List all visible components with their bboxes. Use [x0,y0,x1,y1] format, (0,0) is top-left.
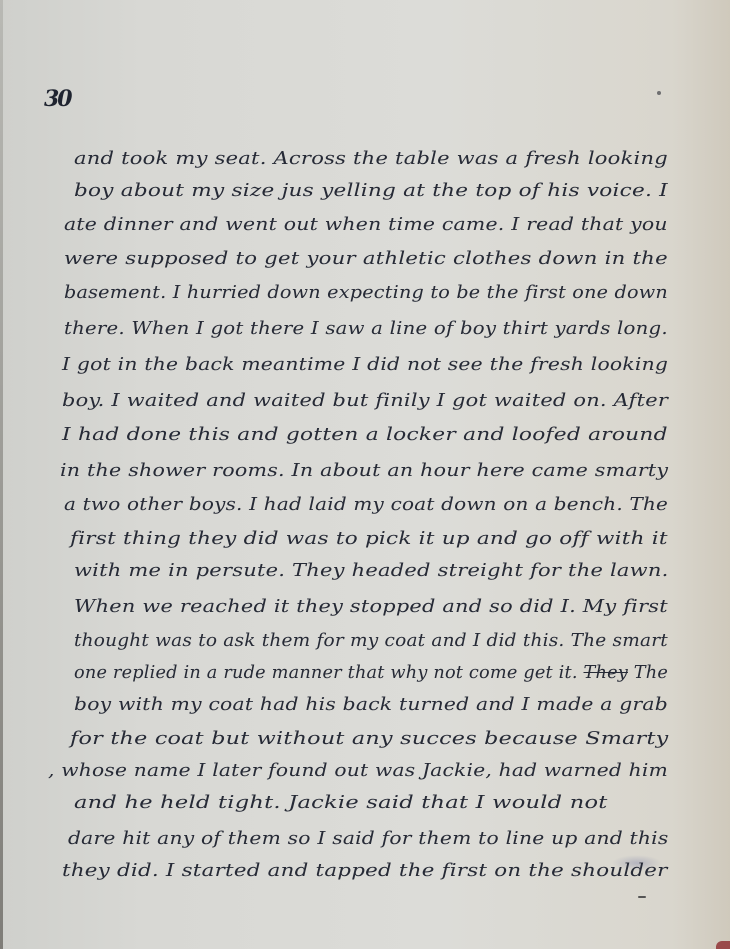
text-line: , whose name I later found out was Jacki… [48,760,668,781]
text-line: in the shower rooms. In about an hour he… [60,460,668,481]
text-line: a two other boys. I had laid my coat dow… [64,494,668,515]
text-line: they did. I started and tapped the first… [62,860,668,881]
text-line: thought was to ask them for my coat and … [74,630,668,651]
text-line: one replied in a rude manner that why no… [74,662,668,683]
text-line: ate dinner and went out when time came. … [64,214,668,235]
text-line: for the coat but without any succes beca… [70,728,669,749]
text-line: and he held tight. Jackie said that I wo… [74,792,608,813]
handwritten-text-body: and took my seat. Across the table was a… [0,0,730,949]
text-line: with me in persute. They headed streight… [74,560,668,581]
text-line: basement. I hurried down expecting to be… [64,282,668,303]
text-line: I had done this and gotten a locker and … [62,424,668,445]
struck-out-word: They [583,662,627,683]
text-line: dare hit any of them so I said for them … [68,828,668,849]
text-line: there. When I got there I saw a line of … [64,318,668,339]
text-line: boy. I waited and waited but finily I go… [62,390,668,411]
text-line: When we reached it they stopped and so d… [74,596,668,617]
text-line: were supposed to get your athletic cloth… [64,248,668,269]
text-line: boy about my size jus yelling at the top… [74,180,668,201]
text-line: first thing they did was to pick it up a… [70,528,668,549]
text-line: boy with my coat had his back turned and… [74,694,668,715]
text-line: and took my seat. Across the table was a… [74,148,668,169]
text-line: I got in the back meantime I did not see… [62,354,668,375]
